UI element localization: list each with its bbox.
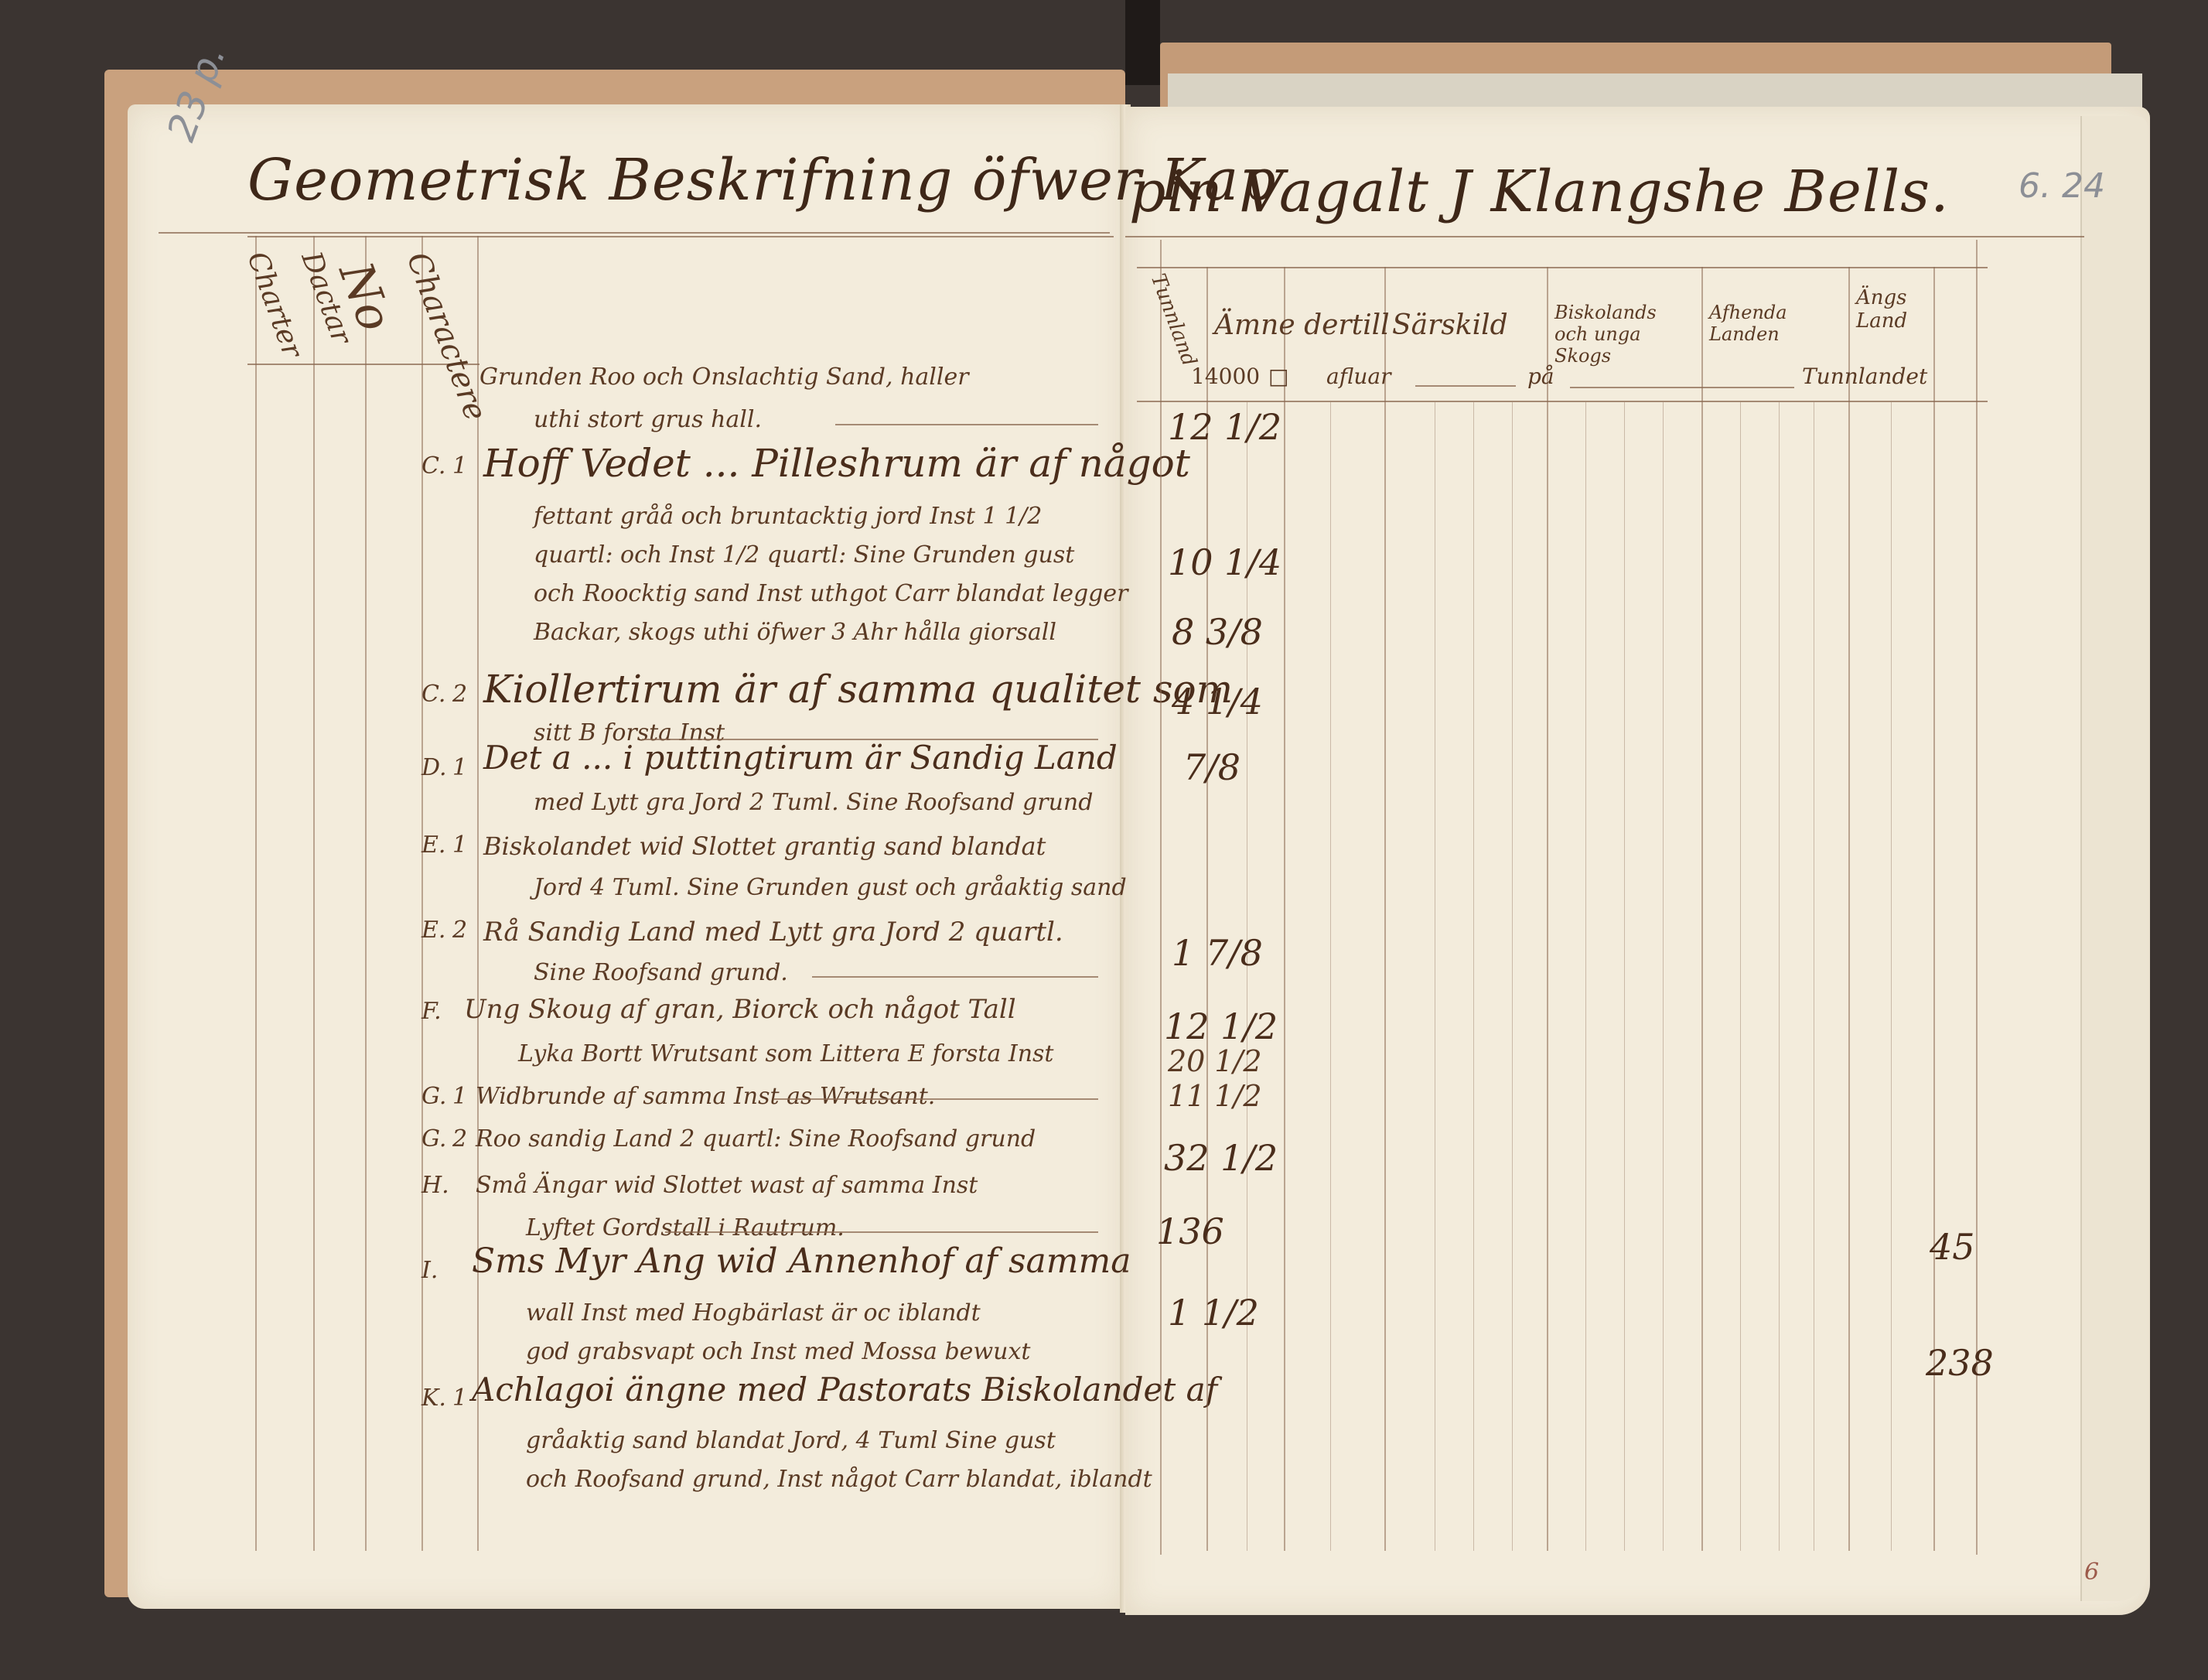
angs-land-value: 45 bbox=[1930, 1226, 1975, 1268]
dash-rule bbox=[1570, 387, 1794, 388]
entry-line: Små Ängar wid Slottet wast af samma Inst bbox=[476, 1172, 978, 1199]
value-cell: 7/8 bbox=[1183, 746, 1241, 788]
header-bottom-rule-right bbox=[1137, 401, 1988, 402]
entry-line: Widbrunde af samma Inst as Wrutsant. bbox=[476, 1083, 935, 1110]
value-cell: 12 1/2 bbox=[1168, 406, 1281, 448]
entry-letter: I. bbox=[421, 1257, 438, 1284]
value-cell: 10 1/4 bbox=[1168, 541, 1281, 583]
entry-line: Grunden Roo och Onslachtig Sand, haller bbox=[479, 364, 969, 391]
entry-line: Kiollertirum är af samma qualitet som bbox=[483, 667, 1233, 712]
entry-line: uthi stort grus hall. bbox=[534, 406, 762, 433]
pencil-folio-right: 6. 24 bbox=[2019, 166, 2105, 206]
column-line bbox=[1206, 267, 1208, 1551]
column-line bbox=[313, 236, 315, 1551]
entry-line: Hoff Vedet ... Pilleshrum är af något bbox=[483, 441, 1190, 486]
entry-letter: D. bbox=[421, 754, 447, 781]
entry-line: Roo sandig Land 2 quartl: Sine Roofsand … bbox=[476, 1125, 1036, 1152]
column-header-amne: Ämne dertill bbox=[1214, 309, 1390, 341]
header-value-pa: på bbox=[1527, 364, 1554, 389]
footer-mark: 6 bbox=[2084, 1559, 2099, 1586]
title-left: Geometrisk Beskrifning öfwer Kap bbox=[247, 147, 1277, 213]
entry-no: 2 bbox=[452, 1125, 467, 1152]
entry-line: med Lytt gra Jord 2 Tuml. Sine Roofsand … bbox=[534, 789, 1093, 816]
sub-column-line bbox=[1473, 402, 1474, 1551]
sub-column-line bbox=[1779, 402, 1780, 1551]
entry-line: fettant gråå och bruntacktig jord Inst 1… bbox=[534, 503, 1042, 530]
column-header-biskolands: Biskolands och unga Skogs bbox=[1554, 302, 1694, 367]
entry-no: 1 bbox=[452, 1385, 467, 1412]
entry-line: wall Inst med Hogbärlast är oc iblandt bbox=[526, 1299, 981, 1327]
value-cell: 8 3/8 bbox=[1172, 611, 1263, 653]
book-spine bbox=[1125, 0, 1160, 85]
column-line bbox=[1701, 267, 1703, 1551]
value-cell: 12 1/2 bbox=[1164, 1006, 1278, 1047]
column-header-angs-land: Ängs Land bbox=[1856, 286, 1933, 333]
column-line bbox=[1160, 240, 1162, 1555]
sub-column-line bbox=[1814, 402, 1814, 1551]
entry-separator bbox=[773, 1098, 1098, 1100]
entry-letter: F. bbox=[421, 998, 442, 1025]
entry-no: 2 bbox=[452, 681, 467, 708]
page-edge-right bbox=[2080, 116, 2148, 1601]
sub-column-line bbox=[1435, 402, 1435, 1551]
value-cell: 1 1/2 bbox=[1168, 1292, 1259, 1333]
entry-line: Lyka Bortt Wrutsant som Littera E forsta… bbox=[518, 1040, 1053, 1067]
sub-column-line bbox=[1330, 402, 1331, 1551]
entry-line: Ung Skoug af gran, Biorck och något Tall bbox=[464, 994, 1016, 1025]
column-line bbox=[1848, 267, 1850, 1551]
entry-line: Sine Roofsand grund. bbox=[534, 959, 788, 986]
value-cell: 1 7/8 bbox=[1172, 932, 1263, 974]
square-symbol-icon: □ bbox=[1268, 364, 1288, 389]
header-top-rule-left bbox=[247, 236, 1114, 237]
column-line bbox=[255, 236, 257, 1551]
sub-column-line bbox=[1663, 402, 1664, 1551]
value-cell: 11 1/2 bbox=[1168, 1079, 1262, 1113]
entry-line: Jord 4 Tuml. Sine Grunden gust och gråak… bbox=[534, 874, 1127, 901]
sub-column-line bbox=[1624, 402, 1625, 1551]
sub-column-line bbox=[1740, 402, 1741, 1551]
dash-rule bbox=[1415, 385, 1516, 387]
entry-separator bbox=[665, 1231, 1098, 1233]
entry-line: Lyftet Gordstall i Rautrum. bbox=[526, 1214, 845, 1241]
angs-land-value: 238 bbox=[1926, 1342, 1994, 1384]
column-line bbox=[1547, 267, 1548, 1551]
entry-line: och Roocktig sand Inst uthgot Carr bland… bbox=[534, 580, 1128, 607]
entry-line: Backar, skogs uthi öfwer 3 Ahr hålla gio… bbox=[534, 619, 1056, 646]
column-line bbox=[1284, 267, 1285, 1551]
column-line bbox=[365, 236, 367, 1551]
header-value-14000: 14000 bbox=[1191, 364, 1260, 389]
column-line bbox=[421, 236, 423, 1551]
entry-line: Sms Myr Ang wid Annenhof af samma bbox=[472, 1241, 1131, 1281]
entry-letter: C. bbox=[421, 681, 445, 708]
entry-letter: G. bbox=[421, 1083, 446, 1110]
entry-no: 1 bbox=[452, 1083, 467, 1110]
entry-line: gråaktig sand blandat Jord, 4 Tuml Sine … bbox=[526, 1427, 1056, 1454]
value-cell: 32 1/2 bbox=[1164, 1137, 1278, 1179]
entry-line: och Roofsand grund, Inst något Carr blan… bbox=[526, 1466, 1152, 1493]
entry-letter: G. bbox=[421, 1125, 446, 1152]
entry-letter: K. bbox=[421, 1385, 446, 1412]
title-rule-left bbox=[159, 232, 1110, 234]
header-value-afluar: afluar bbox=[1326, 364, 1391, 389]
entry-no: 1 bbox=[452, 754, 467, 781]
entry-line: Achlagoi ängne med Pastorats Biskolandet… bbox=[472, 1371, 1217, 1409]
entry-line: quartl: och Inst 1/2 quartl: Sine Grunde… bbox=[534, 541, 1074, 569]
column-header-sarskild: Särskild bbox=[1392, 309, 1508, 341]
entry-no: 1 bbox=[452, 452, 467, 480]
sub-column-line bbox=[1891, 402, 1892, 1551]
entry-no: 2 bbox=[452, 917, 467, 944]
title-right: pin Vagalt J Klangshe Bells. bbox=[1129, 159, 1950, 225]
header-value-tunnlandet: Tunnlandet bbox=[1802, 364, 1927, 389]
entry-letter: C. bbox=[421, 452, 445, 480]
entry-line: Rå Sandig Land med Lytt gra Jord 2 quart… bbox=[483, 917, 1063, 948]
sub-column-line bbox=[1512, 402, 1513, 1551]
entry-separator bbox=[835, 424, 1098, 425]
entry-letter: E. bbox=[421, 917, 445, 944]
title-rule-right bbox=[1125, 236, 2084, 237]
value-cell: 4 1/4 bbox=[1172, 681, 1263, 722]
entry-line: Det a ... i puttingtirum är Sandig Land bbox=[483, 739, 1118, 777]
header-top-rule-right bbox=[1137, 267, 1988, 268]
entry-letter: H. bbox=[421, 1172, 449, 1199]
column-line bbox=[1384, 267, 1386, 1551]
column-line bbox=[477, 236, 479, 1551]
entry-letter: E. bbox=[421, 831, 445, 859]
column-header-afhenda: Afhenda Landen bbox=[1709, 302, 1841, 345]
entry-separator bbox=[812, 976, 1098, 978]
value-cell: 20 1/2 bbox=[1168, 1044, 1262, 1078]
entry-line: Biskolandet wid Slottet grantig sand bla… bbox=[483, 831, 1046, 861]
sub-column-line bbox=[1585, 402, 1586, 1551]
entry-no: 1 bbox=[452, 831, 467, 859]
value-cell: 136 bbox=[1156, 1210, 1224, 1252]
entry-line: god grabsvapt och Inst med Mossa bewuxt bbox=[526, 1338, 1030, 1365]
